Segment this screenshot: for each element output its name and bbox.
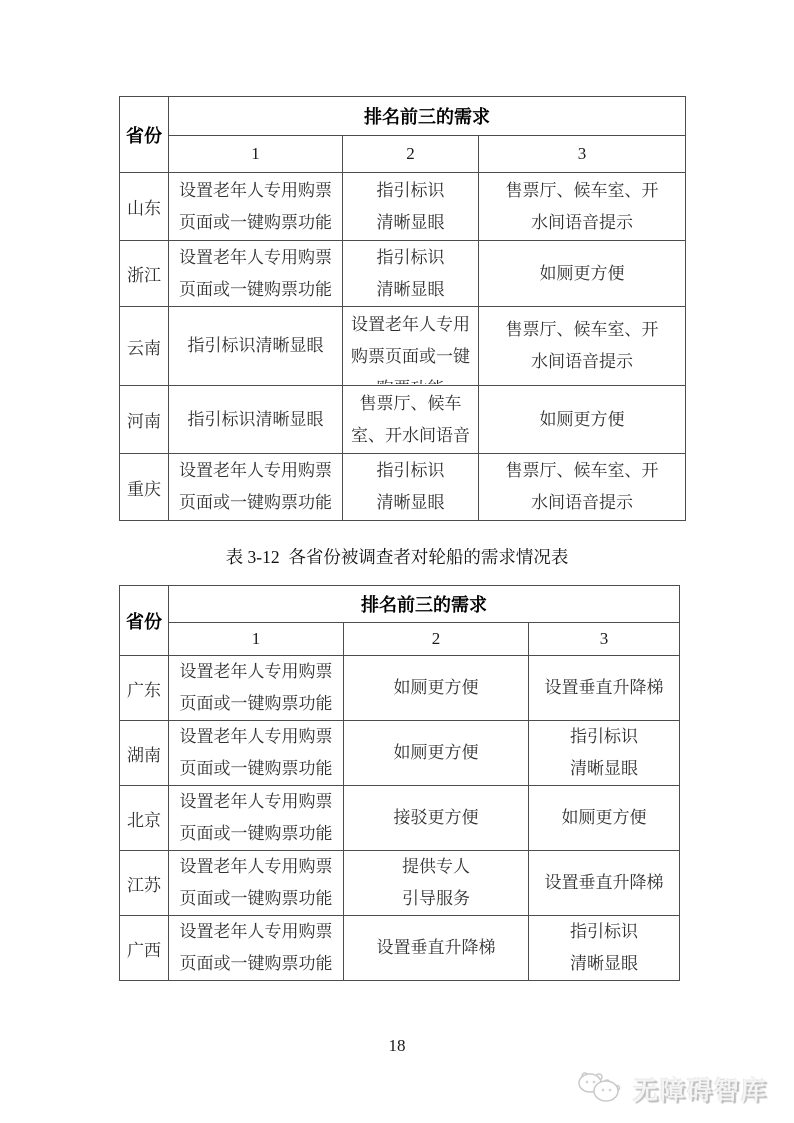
table-row: 广东 设置老年人专用购票 页面或一键购票功能 如厕更方便 设置垂直升降梯 bbox=[120, 656, 680, 721]
need-cell-2: 售票厅、候车 室、开水间语音 bbox=[343, 386, 479, 454]
table-row: 重庆 设置老年人专用购票 页面或一键购票功能 指引标识 清晰显眼 售票厅、候车室… bbox=[120, 454, 686, 521]
need-cell-3: 如厕更方便 bbox=[529, 786, 680, 851]
table-row: 浙江 设置老年人专用购票 页面或一键购票功能 指引标识 清晰显眼 如厕更方便 bbox=[120, 241, 686, 307]
table-row: 河南 指引标识清晰显眼 售票厅、候车 室、开水间语音 如厕更方便 bbox=[120, 386, 686, 454]
column-header-province: 省份 bbox=[120, 586, 169, 656]
need-text: 设置老年人专用购票 页面或一键购票功能 bbox=[169, 175, 342, 239]
need-cell-1: 指引标识清晰显眼 bbox=[169, 386, 343, 454]
province-cell: 山东 bbox=[120, 173, 169, 241]
table-caption: 表 3-12 各省份被调查者对轮船的需求情况表 bbox=[0, 544, 794, 569]
need-text-clipped: 设置老年人专用 购票页面或一键 购票功能 bbox=[343, 309, 478, 384]
document-page: 省份 排名前三的需求 1 2 3 山东 设置老年人专用购票 页面或一键购票功能 … bbox=[0, 0, 794, 1123]
rank-header-1: 1 bbox=[169, 623, 344, 656]
need-text: 指引标识 清晰显眼 bbox=[529, 723, 679, 784]
need-text: 指引标识 清晰显眼 bbox=[529, 918, 679, 979]
need-text: 售票厅、候车室、开 水间语音提示 bbox=[479, 175, 685, 239]
need-text: 设置垂直升降梯 bbox=[529, 658, 679, 719]
need-text: 售票厅、候车室、开 水间语音提示 bbox=[479, 456, 685, 519]
table-subheader-row: 1 2 3 bbox=[120, 136, 686, 173]
need-text: 设置老年人专用购票 页面或一键购票功能 bbox=[169, 456, 342, 519]
need-text: 如厕更方便 bbox=[529, 788, 679, 849]
need-text: 设置老年人专用购票 页面或一键购票功能 bbox=[169, 853, 343, 914]
need-text: 设置垂直升降梯 bbox=[344, 918, 528, 979]
watermark: 无障碍智库 bbox=[575, 1068, 768, 1109]
need-text: 指引标识清晰显眼 bbox=[169, 388, 342, 452]
need-cell-2: 设置垂直升降梯 bbox=[344, 916, 529, 981]
need-text: 指引标识 清晰显眼 bbox=[343, 243, 478, 305]
need-cell-2: 如厕更方便 bbox=[344, 656, 529, 721]
need-cell-3: 售票厅、候车室、开 水间语音提示 bbox=[479, 454, 686, 521]
table-row: 云南 指引标识清晰显眼 设置老年人专用 购票页面或一键 购票功能 售票厅、候车室… bbox=[120, 307, 686, 386]
rank-header-3: 3 bbox=[529, 623, 680, 656]
province-cell: 广西 bbox=[120, 916, 169, 981]
need-cell-1: 设置老年人专用购票 页面或一键购票功能 bbox=[169, 786, 344, 851]
province-cell: 河南 bbox=[120, 386, 169, 454]
need-cell-2: 接驳更方便 bbox=[344, 786, 529, 851]
page-number: 18 bbox=[0, 1036, 794, 1056]
need-text: 指引标识清晰显眼 bbox=[169, 309, 342, 384]
table-row: 山东 设置老年人专用购票 页面或一键购票功能 指引标识 清晰显眼 售票厅、候车室… bbox=[120, 173, 686, 241]
table-row: 江苏 设置老年人专用购票 页面或一键购票功能 提供专人 引导服务 设置垂直升降梯 bbox=[120, 851, 680, 916]
province-cell: 江苏 bbox=[120, 851, 169, 916]
table-subheader-row: 1 2 3 bbox=[120, 623, 680, 656]
rank-header-2: 2 bbox=[343, 136, 479, 173]
rank-header-2: 2 bbox=[344, 623, 529, 656]
need-text: 提供专人 引导服务 bbox=[344, 853, 528, 914]
need-cell-1: 设置老年人专用购票 页面或一键购票功能 bbox=[169, 454, 343, 521]
need-cell-1: 设置老年人专用购票 页面或一键购票功能 bbox=[169, 916, 344, 981]
need-cell-2: 指引标识 清晰显眼 bbox=[343, 454, 479, 521]
table-ship-needs: 省份 排名前三的需求 1 2 3 广东 设置老年人专用购票 页面或一键购票功能 … bbox=[119, 585, 680, 981]
need-text: 设置老年人专用购票 页面或一键购票功能 bbox=[169, 658, 343, 719]
need-text: 指引标识 清晰显眼 bbox=[343, 175, 478, 239]
need-cell-1: 指引标识清晰显眼 bbox=[169, 307, 343, 386]
need-text: 设置老年人专用购票 页面或一键购票功能 bbox=[169, 918, 343, 979]
need-text: 设置老年人专用购票 页面或一键购票功能 bbox=[169, 243, 342, 305]
need-cell-1: 设置老年人专用购票 页面或一键购票功能 bbox=[169, 241, 343, 307]
need-cell-3: 售票厅、候车室、开 水间语音提示 bbox=[479, 173, 686, 241]
need-text: 如厕更方便 bbox=[479, 243, 685, 305]
need-cell-3: 如厕更方便 bbox=[479, 241, 686, 307]
need-text: 设置垂直升降梯 bbox=[529, 853, 679, 914]
province-cell: 广东 bbox=[120, 656, 169, 721]
need-cell-2: 如厕更方便 bbox=[344, 721, 529, 786]
need-cell-2: 提供专人 引导服务 bbox=[344, 851, 529, 916]
need-cell-1: 设置老年人专用购票 页面或一键购票功能 bbox=[169, 656, 344, 721]
table-row: 北京 设置老年人专用购票 页面或一键购票功能 接驳更方便 如厕更方便 bbox=[120, 786, 680, 851]
need-text: 设置老年人专用购票 页面或一键购票功能 bbox=[169, 723, 343, 784]
need-cell-3: 指引标识 清晰显眼 bbox=[529, 721, 680, 786]
province-cell: 重庆 bbox=[120, 454, 169, 521]
rank-header-1: 1 bbox=[169, 136, 343, 173]
brand-name: 无障碍智库 bbox=[633, 1071, 768, 1107]
need-cell-2: 设置老年人专用 购票页面或一键 购票功能 bbox=[343, 307, 479, 386]
table-header-row: 省份 排名前三的需求 bbox=[120, 97, 686, 136]
need-text: 接驳更方便 bbox=[344, 788, 528, 849]
table-header-row: 省份 排名前三的需求 bbox=[120, 586, 680, 623]
column-header-top3-needs: 排名前三的需求 bbox=[169, 97, 686, 136]
need-cell-3: 设置垂直升降梯 bbox=[529, 656, 680, 721]
need-text: 售票厅、候车 室、开水间语音 bbox=[343, 388, 478, 452]
table-row: 广西 设置老年人专用购票 页面或一键购票功能 设置垂直升降梯 指引标识 清晰显眼 bbox=[120, 916, 680, 981]
column-header-province: 省份 bbox=[120, 97, 169, 173]
need-cell-3: 指引标识 清晰显眼 bbox=[529, 916, 680, 981]
need-cell-3: 售票厅、候车室、开 水间语音提示 bbox=[479, 307, 686, 386]
province-cell: 浙江 bbox=[120, 241, 169, 307]
rank-header-3: 3 bbox=[479, 136, 686, 173]
province-cell: 湖南 bbox=[120, 721, 169, 786]
need-text: 如厕更方便 bbox=[479, 388, 685, 452]
table-row: 湖南 设置老年人专用购票 页面或一键购票功能 如厕更方便 指引标识 清晰显眼 bbox=[120, 721, 680, 786]
need-cell-3: 如厕更方便 bbox=[479, 386, 686, 454]
need-text: 设置老年人专用购票 页面或一键购票功能 bbox=[169, 788, 343, 849]
need-cell-1: 设置老年人专用购票 页面或一键购票功能 bbox=[169, 173, 343, 241]
need-cell-1: 设置老年人专用购票 页面或一键购票功能 bbox=[169, 851, 344, 916]
province-cell: 云南 bbox=[120, 307, 169, 386]
need-cell-2: 指引标识 清晰显眼 bbox=[343, 241, 479, 307]
table-previous-needs: 省份 排名前三的需求 1 2 3 山东 设置老年人专用购票 页面或一键购票功能 … bbox=[119, 96, 686, 521]
need-text: 如厕更方便 bbox=[344, 723, 528, 784]
need-cell-3: 设置垂直升降梯 bbox=[529, 851, 680, 916]
need-text: 指引标识 清晰显眼 bbox=[343, 456, 478, 519]
need-cell-1: 设置老年人专用购票 页面或一键购票功能 bbox=[169, 721, 344, 786]
column-header-top3-needs: 排名前三的需求 bbox=[169, 586, 680, 623]
panda-logo-icon bbox=[575, 1068, 621, 1109]
province-cell: 北京 bbox=[120, 786, 169, 851]
need-text: 售票厅、候车室、开 水间语音提示 bbox=[479, 309, 685, 384]
need-text: 如厕更方便 bbox=[344, 658, 528, 719]
need-cell-2: 指引标识 清晰显眼 bbox=[343, 173, 479, 241]
